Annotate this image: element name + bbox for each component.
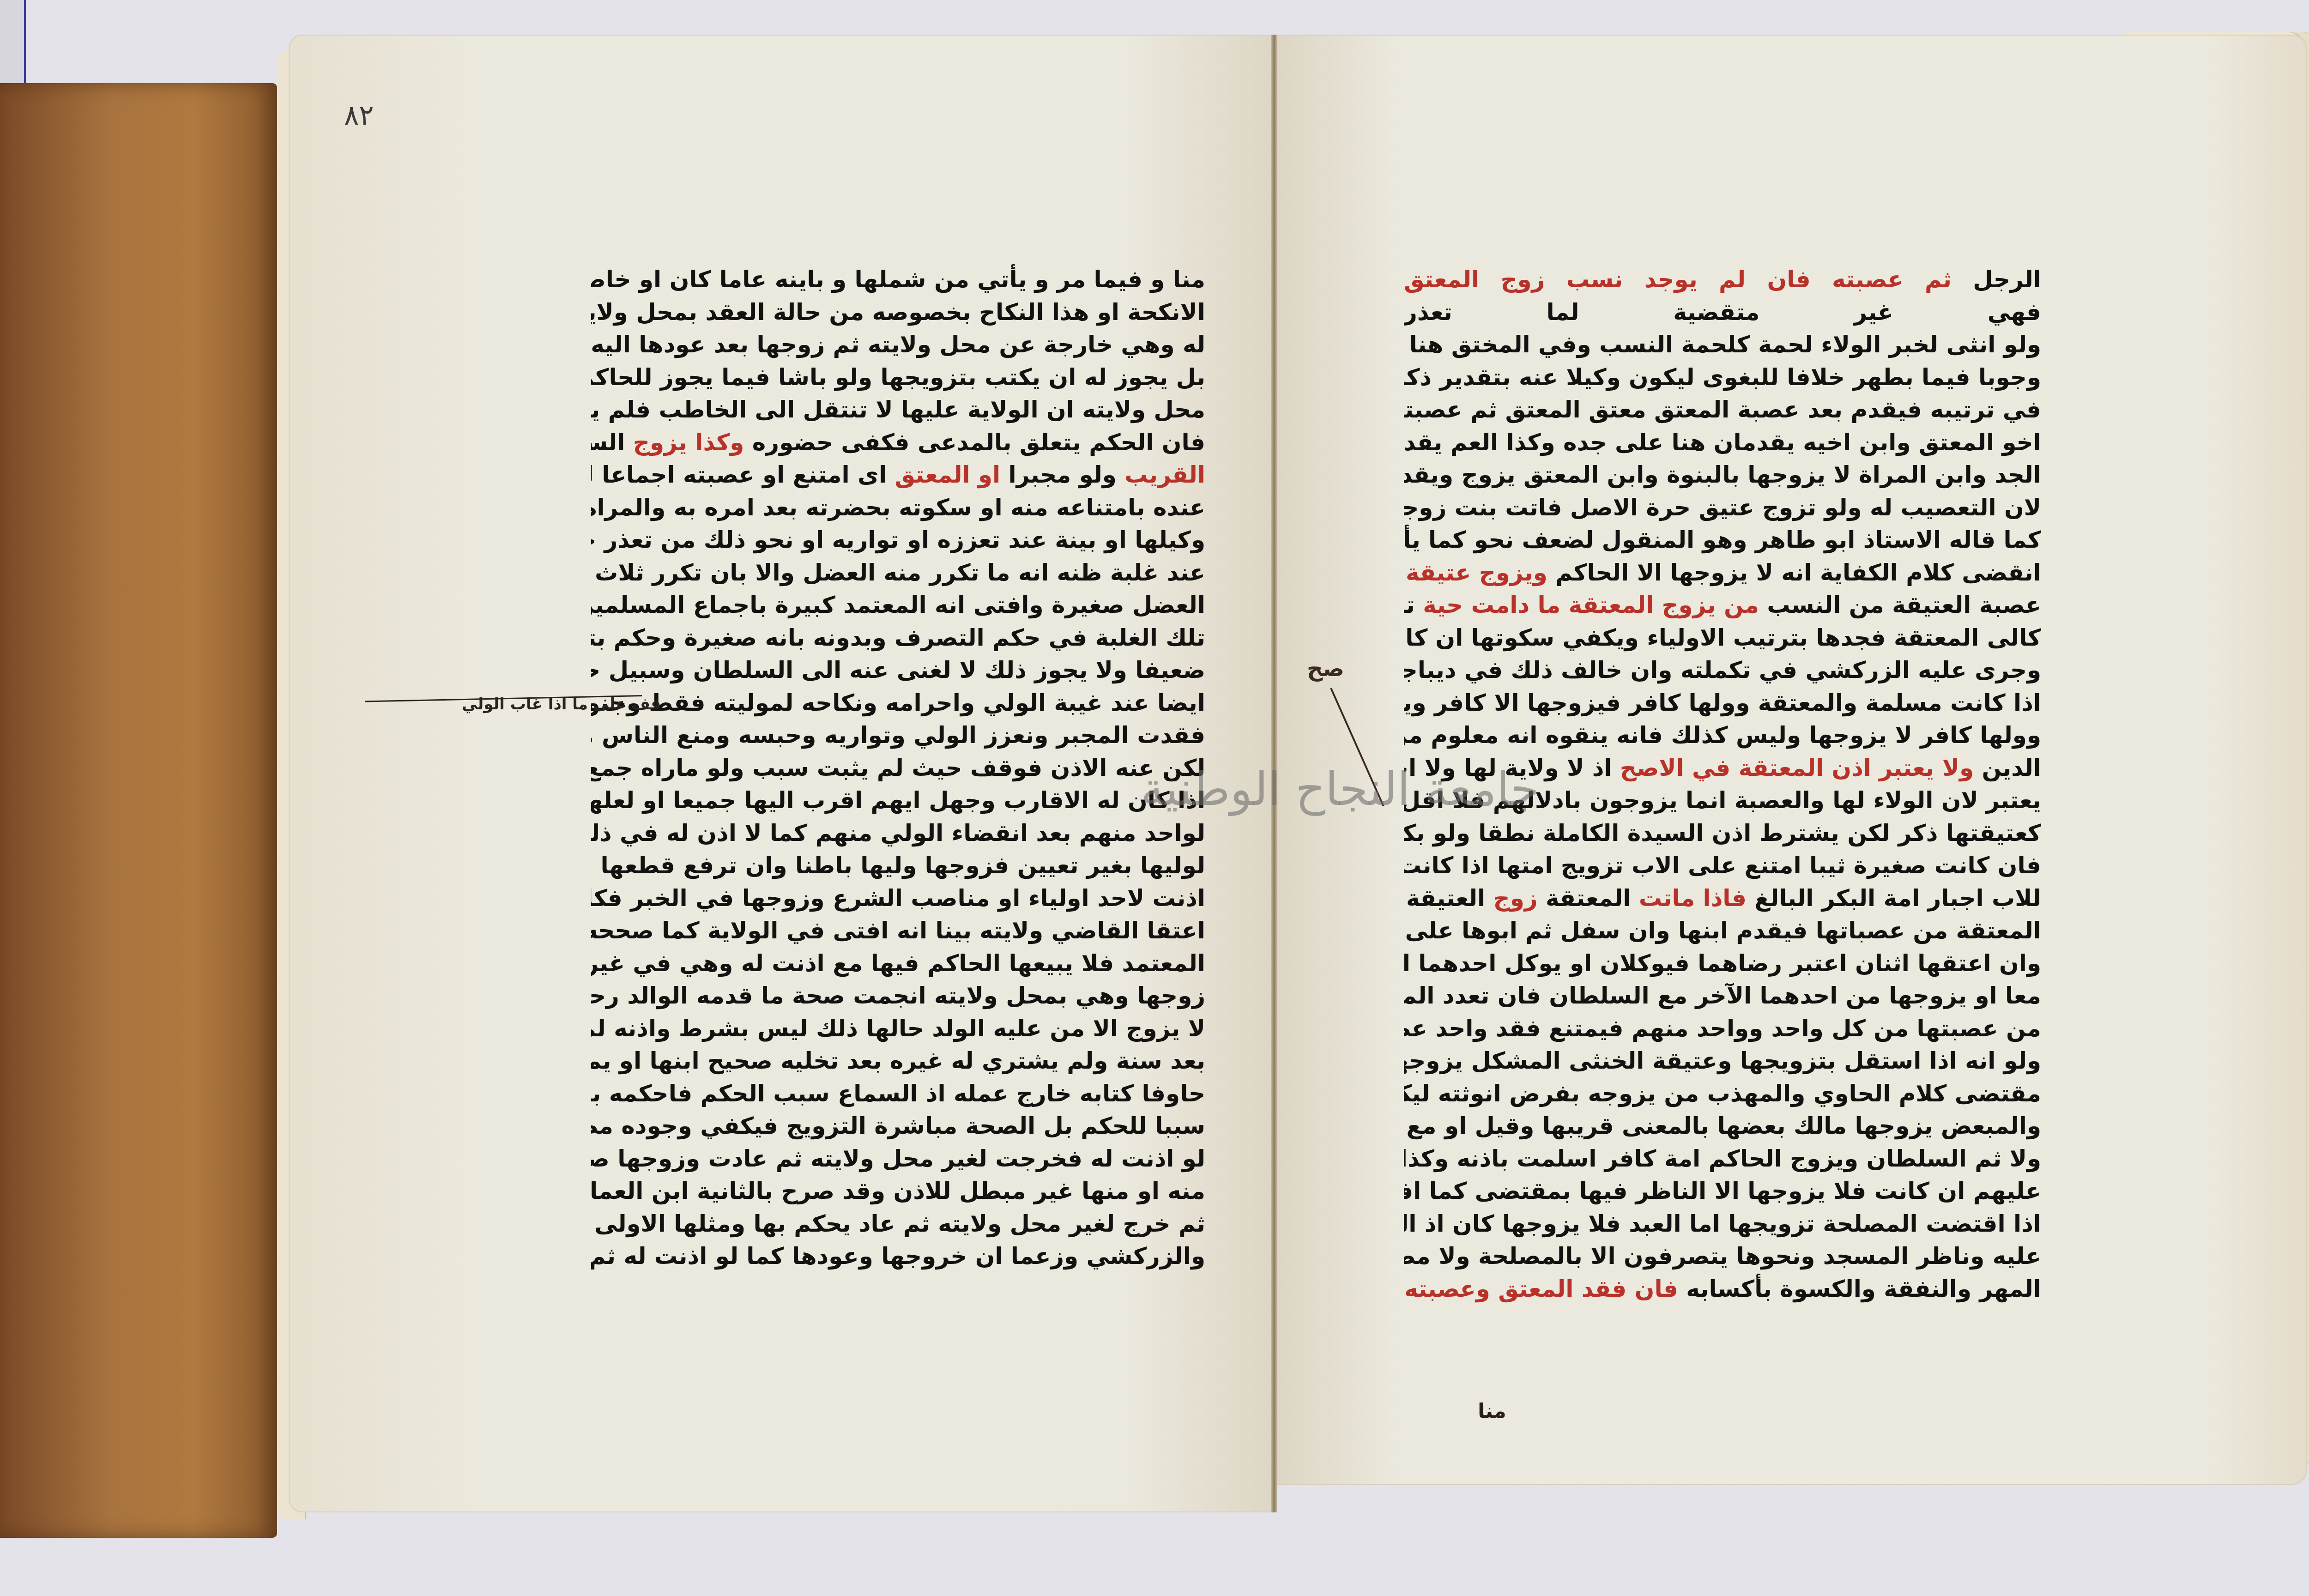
body-text: وجرى عليه الزركشي في تكملته وان خالف ذلك… bbox=[1404, 657, 2041, 683]
body-text: لو اذنت له فخرجت لغير محل ولايته ثم عادت… bbox=[591, 1145, 1205, 1172]
body-text: منا و فيما مر و يأتي من شملها و باينه عا… bbox=[591, 266, 1205, 293]
manuscript-line: منا و فيما مر و يأتي من شملها و باينه عا… bbox=[591, 263, 1205, 296]
manuscript-line: من عصبتها من كل واحد وواحد منهم فيمتنع ف… bbox=[1404, 1012, 2041, 1045]
margin-note: قف على ما اذا غاب الولي bbox=[462, 695, 661, 713]
body-text: اذا كانت مسلمة والمعتقة وولها كافر فيزوج… bbox=[1404, 689, 2041, 716]
body-text: وان اعتقها اثنان اعتبر رضاهما فيوكلان او… bbox=[1404, 950, 2041, 977]
left-page-text: منا و فيما مر و يأتي من شملها و باينه عا… bbox=[591, 263, 1205, 1273]
manuscript-line: الرجل ثم عصبته فان لم يوجد نسب زوج المعت… bbox=[1404, 263, 2041, 296]
body-text: فان الحكم يتعلق بالمدعى فكفى حضوره bbox=[744, 429, 1205, 456]
manuscript-line: لكن عنه الاذن فوقف حيث لم يثبت سبب ولو م… bbox=[591, 752, 1205, 785]
body-text: الدين bbox=[1974, 755, 2041, 781]
body-text: عنده بامتناعه منه او سكوته بحضرته بعد ام… bbox=[591, 494, 1205, 521]
manuscript-line: اخو المعتق وابن اخيه يقدمان هنا على جده … bbox=[1404, 426, 2041, 459]
body-text: لا يزوج الا من عليه الولد حالها ذلك ليس … bbox=[591, 1015, 1205, 1042]
manuscript-line: الجد وابن المراة لا يزوجها بالبنوة وابن … bbox=[1404, 459, 2041, 491]
manuscript-line: ولا ثم السلطان ويزوج الحاكم امة كافر اسل… bbox=[1404, 1143, 2041, 1175]
manuscript-line: ثم خرج لغير محل ولايته ثم عاد يحكم بها و… bbox=[591, 1208, 1205, 1240]
body-text: والزركشي وزعما ان خروجها وعودها كما لو ا… bbox=[591, 1243, 1205, 1270]
body-text: انقضى كلام الكفاية انه لا يزوجها الا الح… bbox=[1547, 559, 2041, 586]
body-text: عليهم ان كانت فلا يزوجها الا الناظر فيها… bbox=[1404, 1178, 2041, 1204]
body-text: ايضا عند غيبة الولي واحرامه ونكاحه لمولي… bbox=[591, 689, 1205, 716]
manuscript-line: زوجها وهي بمحل ولايته انجمت صحة ما قدمه … bbox=[591, 979, 1205, 1012]
manuscript-line: ايضا عند غيبة الولي واحرامه ونكاحه لمولي… bbox=[591, 687, 1205, 719]
body-text: والمبعض يزوجها مالك بعضها بالمعنى قريبها… bbox=[1404, 1112, 2041, 1139]
body-text: مقتضى كلام الحاوي والمهذب من يزوجه بفرض … bbox=[1404, 1080, 2041, 1107]
manuscript-line: سببا للحكم بل الصحة مباشرة التزويج فيكفي… bbox=[591, 1110, 1205, 1143]
body-text: تلك الغلبة في حكم التصرف وبدونه بانه صغي… bbox=[591, 624, 1205, 651]
manuscript-line: اذا كانت مسلمة والمعتقة وولها كافر فيزوج… bbox=[1404, 687, 2041, 719]
manuscript-line: اذنت لاحد اولياء او مناصب الشرع وزوجها ف… bbox=[591, 882, 1205, 915]
manuscript-line: عصبة العتيقة من النسب من يزوج المعتقة ما… bbox=[1404, 589, 2041, 622]
folio-number: ٨٢ bbox=[344, 99, 374, 132]
body-text: الرجل bbox=[1952, 266, 2041, 293]
rubric-text: من يزوج المعتقة ما دامت حية bbox=[1423, 592, 1759, 618]
body-text: وكيلها او بينة عند تعززه او تواريه او نح… bbox=[591, 526, 1205, 553]
body-text: اخو المعتق وابن اخيه يقدمان هنا على جده … bbox=[1404, 429, 2041, 456]
manuscript-line: بعد سنة ولم يشتري له غيره بعد تخليه صحيح… bbox=[591, 1045, 1205, 1077]
body-text: محل ولايته ان الولاية عليها لا تنتقل الى… bbox=[591, 396, 1205, 423]
rubric-text: ثم عصبته bbox=[1832, 266, 1952, 293]
body-text: لواحد منهم بعد انقضاء الولي منهم كما لا … bbox=[591, 820, 1205, 846]
rubric-text: او المعتق bbox=[895, 461, 1000, 488]
body-text: العضل صغيرة وافتى انه المعتمد كبيرة باجم… bbox=[591, 592, 1205, 618]
manuscript-line: المعتمد فلا يبيعها الحاكم فيها مع اذنت ل… bbox=[591, 947, 1205, 980]
rubric-text: فان لم يوجد نسب زوج المعتق bbox=[1404, 266, 1811, 293]
body-text: ولا ثم السلطان ويزوج الحاكم امة كافر اسل… bbox=[1404, 1145, 2041, 1172]
manuscript-line: اذا اقتضت المصلحة تزويجها اما العبد فلا … bbox=[1404, 1208, 2041, 1240]
manuscript-line: عنده بامتناعه منه او سكوته بحضرته بعد ام… bbox=[591, 491, 1205, 524]
catchword: منا bbox=[1478, 1399, 1506, 1423]
body-text: ثم خرج لغير محل ولايته ثم عاد يحكم بها و… bbox=[591, 1210, 1205, 1237]
manuscript-line: للاب اجبار امة البكر البالغ فاذا ماتت ال… bbox=[1404, 882, 2041, 915]
body-text: اعتقا القاضي ولايته بينا انه افتى في الو… bbox=[591, 917, 1205, 944]
body-text: فان كانت صغيرة ثيبا امتنع على الاب تزويج… bbox=[1404, 852, 2041, 879]
body-text: بعد سنة ولم يشتري له غيره بعد تخليه صحيح… bbox=[591, 1047, 1205, 1074]
manuscript-line: كما قاله الاستاذ ابو طاهر وهو المنقول لض… bbox=[1404, 524, 2041, 556]
manuscript-line: منه او منها غير مبطل للاذن وقد صرح بالثا… bbox=[591, 1175, 1205, 1208]
body-text: اذنت لاحد اولياء او مناصب الشرع وزوجها ف… bbox=[591, 885, 1205, 912]
manuscript-line: وجرى عليه الزركشي في تكملته وان خالف ذلك… bbox=[1404, 654, 2041, 687]
body-text: فقدت المجبر ونعزز الولي وتواريه وحبسه وم… bbox=[591, 722, 1205, 749]
body-text: تبعا للولاية عليها bbox=[1404, 592, 1423, 618]
body-text: الانكحة او هذا النكاح بخصوصه من حالة الع… bbox=[591, 299, 1205, 326]
body-text: عصبة العتيقة من النسب bbox=[1759, 592, 2041, 618]
body-text: المهر والنفقة والكسوة بأكسابه bbox=[1678, 1276, 2041, 1302]
body-text: ضعيفا ولا يجوز ذلك لا لغنى عنه الى السلط… bbox=[591, 657, 1205, 683]
manuscript-line: عليهم ان كانت فلا يزوجها الا الناظر فيها… bbox=[1404, 1175, 2041, 1208]
manuscript-line: لان التعصيب له ولو تزوج عتيق حرة الاصل ف… bbox=[1404, 491, 2041, 524]
body-text: معا او يزوجها من احدهما الآخر مع السلطان… bbox=[1404, 982, 2041, 1009]
body-text: منه او منها غير مبطل للاذن وقد صرح بالثا… bbox=[591, 1178, 1205, 1204]
body-text: وجوبا فيما بطهر خلافا للبغوى ليكون وكيلا… bbox=[1404, 364, 2041, 391]
body-text: وولها كافر لا يزوجها وليس كذلك فانه ينقو… bbox=[1404, 722, 2041, 749]
manuscript-line: كعتيقتها ذكر لكن يشترط اذن السيدة الكامل… bbox=[1404, 817, 2041, 850]
rubric-text: فان فقد المعتق وعصبته زوج السلطان bbox=[1404, 1276, 1678, 1302]
manuscript-line: عليه وناظر المسجد ونحوها يتصرفون الا بال… bbox=[1404, 1240, 2041, 1273]
body-text: ولو انثى لخبر الولاء لحمة كلحمة النسب وف… bbox=[1404, 331, 2041, 358]
body-text: زوجها وهي بمحل ولايته انجمت صحة ما قدمه … bbox=[591, 982, 1205, 1009]
manuscript-line: فقدت المجبر ونعزز الولي وتواريه وحبسه وم… bbox=[591, 719, 1205, 752]
body-text: للاب اجبار امة البكر البالغ bbox=[1747, 885, 2041, 912]
manuscript-line: محل ولايته ان الولاية عليها لا تنتقل الى… bbox=[591, 393, 1205, 426]
manuscript-line: والمبعض يزوجها مالك بعضها بالمعنى قريبها… bbox=[1404, 1110, 2041, 1143]
rubric-text: ويزوج عتيقة المراة bbox=[1404, 559, 1547, 586]
manuscript-line: اذا كان له الاقارب وجهل ايهم اقرب اليها … bbox=[591, 784, 1205, 817]
body-text: ولو انه اذا استقل بتزويجها وعتيقة الخنثى… bbox=[1404, 1047, 2041, 1074]
body-text: كما قاله الاستاذ ابو طاهر وهو المنقول لض… bbox=[1404, 526, 2041, 553]
body-text: عند غلبة ظنه انه ما تكرر منه العضل والا … bbox=[591, 559, 1205, 586]
manuscript-line: انقضى كلام الكفاية انه لا يزوجها الا الح… bbox=[1404, 556, 2041, 589]
manuscript-line: في ترتيبه فيقدم بعد عصبة المعتق معتق الم… bbox=[1404, 393, 2041, 426]
body-text: لكن عنه الاذن فوقف حيث لم يثبت سبب ولو م… bbox=[591, 755, 1205, 781]
manuscript-line: كالى المعتقة فجدها بترتيب الاولياء ويكفي… bbox=[1404, 622, 2041, 654]
manuscript-line: تلك الغلبة في حكم التصرف وبدونه بانه صغي… bbox=[591, 622, 1205, 654]
body-text: اى امتنع او عصبته اجماعا لكن بعد ثبوت ال… bbox=[591, 461, 895, 488]
manuscript-line: ولو انه اذا استقل بتزويجها وعتيقة الخنثى… bbox=[1404, 1045, 2041, 1077]
body-text: لان التعصيب له ولو تزوج عتيق حرة الاصل ف… bbox=[1404, 494, 2041, 521]
body-text: فهي غير متقضية لما تعذر bbox=[1404, 299, 2041, 326]
body-text: له وهي خارجة عن محل ولايته ثم زوجها بعد … bbox=[591, 331, 1205, 358]
manuscript-line: العضل صغيرة وافتى انه المعتمد كبيرة باجم… bbox=[591, 589, 1205, 622]
manuscript-line: ولو انثى لخبر الولاء لحمة كلحمة النسب وف… bbox=[1404, 328, 2041, 361]
rubric-text: زوج bbox=[1493, 885, 1538, 912]
manuscript-line: فهي غير متقضية لما تعذر bbox=[1404, 296, 2041, 329]
manuscript-line: وجوبا فيما بطهر خلافا للبغوى ليكون وكيلا… bbox=[1404, 361, 2041, 394]
body-text: كعتيقتها ذكر لكن يشترط اذن السيدة الكامل… bbox=[1404, 820, 2041, 846]
manuscript-line: لواحد منهم بعد انقضاء الولي منهم كما لا … bbox=[591, 817, 1205, 850]
manuscript-line: معا او يزوجها من احدهما الآخر مع السلطان… bbox=[1404, 979, 2041, 1012]
manuscript-line: اعتقا القاضي ولايته بينا انه افتى في الو… bbox=[591, 914, 1205, 947]
manuscript-line: عند غلبة ظنه انه ما تكرر منه العضل والا … bbox=[591, 556, 1205, 589]
manuscript-line: المهر والنفقة والكسوة بأكسابه فان فقد ال… bbox=[1404, 1273, 2041, 1306]
watermark: جامعة النجاح الوطنية bbox=[1141, 762, 1539, 816]
body-text: ولو مجبرا bbox=[1000, 461, 1124, 488]
body-text: كالى المعتقة فجدها بترتيب الاولياء ويكفي… bbox=[1404, 624, 2041, 651]
manuscript-line: وولها كافر لا يزوجها وليس كذلك فانه ينقو… bbox=[1404, 719, 2041, 752]
manuscript-line: بل يجوز له ان يكتب بتزويجها ولو باشا فيم… bbox=[591, 361, 1205, 394]
manuscript-line: وان اعتقها اثنان اعتبر رضاهما فيوكلان او… bbox=[1404, 947, 2041, 980]
body-text: حاوفا كتابه خارج عمله اذ السماع سبب الحك… bbox=[591, 1080, 1205, 1107]
rubric-text: القريب bbox=[1124, 461, 1205, 488]
body-text: لوليها بغير تعيين فزوجها وليها باطنا وان… bbox=[591, 852, 1205, 879]
body-text: المعتقة bbox=[1538, 885, 1639, 912]
manuscript-line: القريب ولو مجبرا او المعتق اى امتنع او ع… bbox=[591, 459, 1205, 491]
rubric-text: فاذا ماتت bbox=[1639, 885, 1747, 912]
body-text: المعتمد فلا يبيعها الحاكم فيها مع اذنت ل… bbox=[591, 950, 1205, 977]
body-text: الجد وابن المراة لا يزوجها بالبنوة وابن … bbox=[1404, 461, 2041, 488]
manuscript-line: فان كانت صغيرة ثيبا امتنع على الاب تزويج… bbox=[1404, 849, 2041, 882]
body-text: اذا كان له الاقارب وجهل ايهم اقرب اليها … bbox=[591, 787, 1205, 814]
body-text bbox=[1811, 266, 1832, 293]
manuscript-line: الانكحة او هذا النكاح بخصوصه من حالة الع… bbox=[591, 296, 1205, 329]
manuscript-line: ضعيفا ولا يجوز ذلك لا لغنى عنه الى السلط… bbox=[591, 654, 1205, 687]
body-text: بل يجوز له ان يكتب بتزويجها ولو باشا فيم… bbox=[591, 364, 1205, 391]
body-text: سببا للحكم بل الصحة مباشرة التزويج فيكفي… bbox=[591, 1112, 1205, 1139]
manuscript-line: المعتقة من عصباتها فيقدم ابنها وان سفل ث… bbox=[1404, 914, 2041, 947]
manuscript-line: لو اذنت له فخرجت لغير محل ولايته ثم عادت… bbox=[591, 1143, 1205, 1175]
body-text: من عصبتها من كل واحد وواحد منهم فيمتنع ف… bbox=[1404, 1015, 2041, 1042]
body-text: السلطان bbox=[591, 429, 633, 456]
correction-mark: صح bbox=[1307, 656, 1344, 682]
body-text: اذا اقتضت المصلحة تزويجها اما العبد فلا … bbox=[1404, 1210, 2041, 1237]
body-text: عليه وناظر المسجد ونحوها يتصرفون الا بال… bbox=[1404, 1243, 2041, 1270]
body-text: العتيقة bbox=[1404, 885, 1493, 912]
manuscript-line: مقتضى كلام الحاوي والمهذب من يزوجه بفرض … bbox=[1404, 1077, 2041, 1110]
manuscript-line: وكيلها او بينة عند تعززه او تواريه او نح… bbox=[591, 524, 1205, 556]
manuscript-line: لا يزوج الا من عليه الولد حالها ذلك ليس … bbox=[591, 1012, 1205, 1045]
leather-cover-left bbox=[0, 83, 277, 1538]
manuscript-line: والزركشي وزعما ان خروجها وعودها كما لو ا… bbox=[591, 1240, 1205, 1273]
rubric-text: وكذا يزوج bbox=[633, 429, 744, 456]
manuscript-line: لوليها بغير تعيين فزوجها وليها باطنا وان… bbox=[591, 849, 1205, 882]
manuscript-line: فان الحكم يتعلق بالمدعى فكفى حضوره وكذا … bbox=[591, 426, 1205, 459]
manuscript-line: له وهي خارجة عن محل ولايته ثم زوجها بعد … bbox=[591, 328, 1205, 361]
manuscript-line: حاوفا كتابه خارج عمله اذ السماع سبب الحك… bbox=[591, 1077, 1205, 1110]
rubric-text: ولا يعتبر اذن المعتقة في الاصح bbox=[1620, 755, 1974, 781]
body-text: المعتقة من عصباتها فيقدم ابنها وان سفل ث… bbox=[1404, 917, 2041, 944]
body-text: في ترتيبه فيقدم بعد عصبة المعتق معتق الم… bbox=[1404, 396, 2041, 423]
